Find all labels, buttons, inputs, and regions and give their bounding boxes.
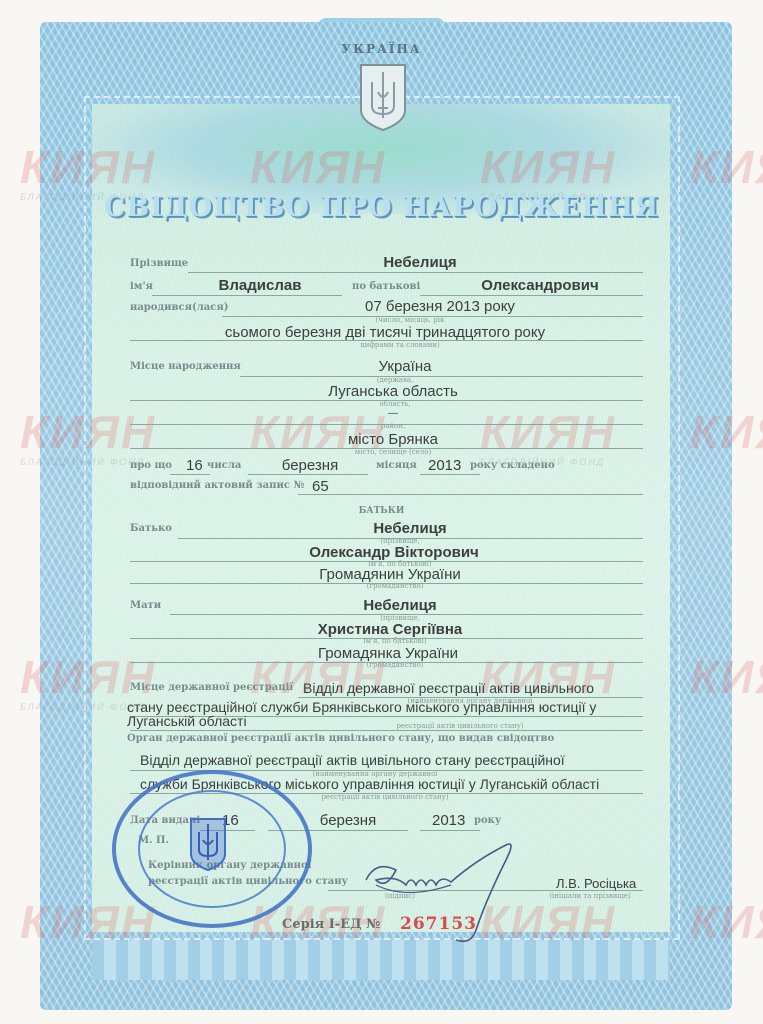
- serial-number: 267153: [400, 914, 477, 934]
- watermark: КИЯН: [480, 405, 616, 459]
- record-number: 65: [312, 478, 329, 495]
- record-year: 2013: [428, 457, 461, 474]
- father-citizenship: Громадянин України: [319, 566, 461, 583]
- document-title: СВІДОЦТВО ПРО НАРОДЖЕННЯ: [0, 192, 763, 223]
- birthplace-label: Місце народження: [130, 361, 241, 372]
- record-month: березня: [282, 457, 338, 474]
- issuer-line2-hint: реєстрації актів цивільного стану): [321, 793, 448, 801]
- registration-place-hint2: реєстрації актів цивільного стану): [396, 722, 523, 730]
- birth-date-words-hint: цифрами та словами): [360, 341, 439, 349]
- registration-place-line1: Відділ державної реєстрації актів цивіль…: [303, 680, 594, 696]
- mother-label: Мати: [130, 600, 161, 611]
- watermark: КИЯН: [20, 650, 156, 704]
- name-label: ім'я: [130, 281, 153, 292]
- parents-section-title: БАТЬКИ: [0, 506, 763, 516]
- rule: [152, 295, 342, 296]
- father-citizenship-hint: (громадянство): [367, 582, 424, 590]
- rule: [170, 474, 210, 475]
- mother-citizenship: Громадянка України: [318, 645, 458, 662]
- rule: [130, 730, 643, 731]
- watermark: КИЯН: [20, 405, 156, 459]
- birthplace-city: місто Брянка: [348, 431, 438, 448]
- watermark: КИЯН: [20, 140, 156, 194]
- mother-name: Христина Сергіївна: [318, 621, 462, 638]
- rule: [240, 376, 643, 377]
- watermark: КИЯН: [250, 140, 386, 194]
- child-name: Владислав: [219, 277, 302, 294]
- registration-place-line3: Луганській області: [127, 713, 247, 729]
- official-name: Л.В. Росіцька: [556, 876, 636, 891]
- watermark: КИЯН: [690, 140, 763, 194]
- registration-place-label: Місце державної реєстрації: [130, 682, 293, 693]
- watermark: КИЯН: [690, 650, 763, 704]
- serial-label: Серія І-ЕД №: [282, 917, 380, 932]
- surname-label: Прізвище: [130, 258, 188, 269]
- patronymic-label: по батькові: [352, 281, 420, 292]
- watermark: КИЯН: [480, 140, 616, 194]
- mother-surname: Небелиця: [363, 597, 436, 614]
- stamp-trident-icon: [188, 816, 228, 872]
- father-surname: Небелиця: [373, 520, 446, 537]
- certificate-paper: КИЯН КИЯН КИЯН КИЯН БЛАГОДІЙНИЙ ФОНД БЛА…: [0, 0, 763, 1024]
- record-day: 16: [186, 457, 203, 474]
- rule: [188, 272, 643, 273]
- child-surname: Небелиця: [383, 254, 456, 271]
- birthplace-country: Україна: [379, 358, 432, 375]
- city-hint: місто, селище (село): [355, 448, 431, 456]
- child-patronymic: Олександрович: [481, 277, 598, 294]
- issue-month: березня: [320, 812, 376, 829]
- father-name: Олександр Вікторович: [309, 544, 479, 561]
- year-label: року складено: [470, 460, 555, 471]
- mother-name-hint: ім'я, по батькові): [363, 637, 426, 645]
- issuer-label: Орган державної реєстрації актів цивільн…: [127, 733, 554, 744]
- initials-hint: (ініціали та прізвище): [549, 892, 631, 900]
- trident-coat-of-arms-icon: [358, 62, 408, 132]
- issuer-line1: Відділ державної реєстрації актів цивіль…: [140, 752, 565, 768]
- mother-citizenship-hint: (громадянство): [367, 661, 424, 669]
- birthplace-district: —: [388, 408, 398, 419]
- watermark: КИЯН: [20, 895, 156, 949]
- birth-date-hint: (число, місяць, рік: [376, 316, 445, 324]
- issue-year: 2013: [432, 812, 465, 829]
- rule: [298, 494, 643, 495]
- rule: [420, 830, 480, 831]
- birthplace-region: Луганська область: [328, 383, 458, 400]
- region-hint: область,: [380, 400, 411, 408]
- rule: [420, 295, 643, 296]
- watermark: КИЯН: [690, 895, 763, 949]
- birth-date-words: сьомого березня дві тисячі тринадцятого …: [225, 324, 545, 341]
- birth-date: 07 березня 2013 року: [365, 298, 515, 315]
- district-hint: район,: [381, 422, 405, 430]
- rule: [248, 474, 368, 475]
- country-heading: УКРАЇНА: [0, 42, 763, 56]
- rule: [420, 474, 480, 475]
- record-number-label: відповідний актовий запис №: [130, 480, 304, 491]
- father-label: Батько: [130, 523, 172, 534]
- watermark: КИЯН: [690, 405, 763, 459]
- born-label: народився(лася): [130, 302, 228, 313]
- issue-year-label: року: [474, 815, 501, 826]
- month-label: місяця: [376, 460, 417, 471]
- watermark-subtext: БЛАГОДІЙНИЙ ФОНД: [20, 457, 145, 467]
- day-label: числа: [207, 460, 241, 471]
- about-label: про що: [130, 460, 172, 471]
